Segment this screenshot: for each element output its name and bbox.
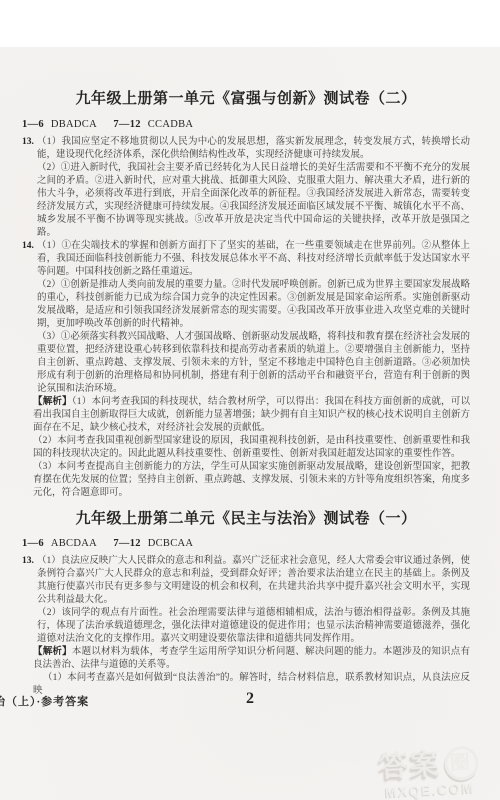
item-13-answer-1: （1）良法应反映广大人民群众的意志和利益。嘉兴广泛征求社会意见，经人大常委会审议… xyxy=(37,555,470,607)
analysis-paragraph: 【解析】本题以材料为载体，考查学生运用所学知识分析问题、解决问题的能力。本题涉及… xyxy=(33,646,470,672)
item-number: 13. xyxy=(22,555,34,568)
answer-letters: DBADCA xyxy=(51,119,97,130)
answer-letters: ABCDAA xyxy=(51,538,97,549)
item-13-answer-1: （1）我国应坚定不移地贯彻以人民为中心的发展思想，落实新发展理念，转变发展方式，… xyxy=(37,136,470,162)
watermark-circle-logo: 圈 xyxy=(443,745,479,781)
answer-range: 1—6 xyxy=(22,538,44,549)
item-14-answer-1: （1）①在尖端技术的掌握和创新方面打下了坚实的基础，在一些重要领域走在世界前列。… xyxy=(37,240,470,279)
item-13-answer-2: （2）该同学的观点有片面性。社会治理需要法律与道德相辅相成，法治与德治相得益彰。… xyxy=(37,607,470,646)
analysis-tag: 【解析】 xyxy=(33,397,72,407)
scan-area: 九年级上册第一单元《富强与创新》测试卷（二） 1—6 DBADCA 7—12 C… xyxy=(0,47,500,800)
analysis-paragraph: （3）本问考查提高自主创新能力的方法，学生可从国家实施创新驱动发展战略，建设创新… xyxy=(33,461,470,500)
item-13-section1: 13. （1）我国应坚定不移地贯彻以人民为中心的发展思想，落实新发展理念，转变发… xyxy=(22,136,470,240)
item-number: 13. xyxy=(22,136,34,149)
item-14-section1: 14. （1）①在尖端技术的掌握和创新方面打下了坚实的基础，在一些重要领域走在世… xyxy=(22,240,470,396)
analysis-tag: 【解析】 xyxy=(33,647,72,657)
answer-range: 7—12 xyxy=(113,119,140,130)
answer-letters: DCBCAA xyxy=(148,538,194,549)
page-top-margin xyxy=(0,0,500,47)
analysis-paragraph: （2）本问考查我国重视创新型国家建设的原因，我国重视科技创新，是由科技重要性、创… xyxy=(33,435,470,461)
section1-title: 九年级上册第一单元《富强与创新》测试卷（二） xyxy=(22,47,470,118)
section2-answer-key: 1—6 ABCDAA 7—12 DCBCAA xyxy=(22,537,470,551)
item-13-answer-2: （2）①进入新时代，我国社会主要矛盾已经转化为人民日益增长的美好生活需要和不平衡… xyxy=(37,162,470,240)
analysis-paragraph: 【解析】（1）本问考查我国的科技现状，结合教材所学，可以得出：我国在科技方面创新… xyxy=(33,396,470,435)
answer-range: 7—12 xyxy=(113,538,140,549)
answer-site-watermark: 答案圈 MXQE.COM xyxy=(343,744,500,800)
page-footer: 治（上）·参考答案 2 xyxy=(0,690,500,710)
section2-title: 九年级上册第二单元《民主与法治》测试卷（一） xyxy=(22,500,470,537)
item-14-analysis: 【解析】（1）本问考查我国的科技现状，结合教材所学，可以得出：我国在科技方面创新… xyxy=(33,396,470,500)
answer-letters: CCADBA xyxy=(148,119,194,130)
answer-range: 1—6 xyxy=(22,119,44,130)
scanned-answer-page: 九年级上册第一单元《富强与创新》测试卷（二） 1—6 DBADCA 7—12 C… xyxy=(0,0,500,800)
section1-answer-key: 1—6 DBADCA 7—12 CCADBA xyxy=(22,118,470,132)
analysis-text: 本题以材料为载体，考查学生运用所学知识分析问题、解决问题的能力。本题涉及的知识点… xyxy=(33,647,470,670)
page-content: 九年级上册第一单元《富强与创新》测试卷（二） 1—6 DBADCA 7—12 C… xyxy=(0,47,500,698)
item-number: 14. xyxy=(22,240,34,253)
item-13-section2: 13. （1）良法应反映广大人民群众的意志和利益。嘉兴广泛征求社会意见，经人大常… xyxy=(22,555,470,646)
analysis-text: （1）本问考查我国的科技现状，结合教材所学，可以得出：我国在科技方面创新的成就，… xyxy=(33,397,470,433)
watermark-brand-text: 答案 xyxy=(378,748,442,783)
item-14-answer-2: （2）①创新是推动人类向前发展的重要力量。②时代发展呼唤创新。创新已成为世界主要… xyxy=(37,279,470,331)
item-14-answer-3: （3）①必须落实科教兴国战略、人才强国战略、创新驱动发展战略，将科技和教育摆在经… xyxy=(37,331,470,396)
page-number: 2 xyxy=(0,690,500,708)
